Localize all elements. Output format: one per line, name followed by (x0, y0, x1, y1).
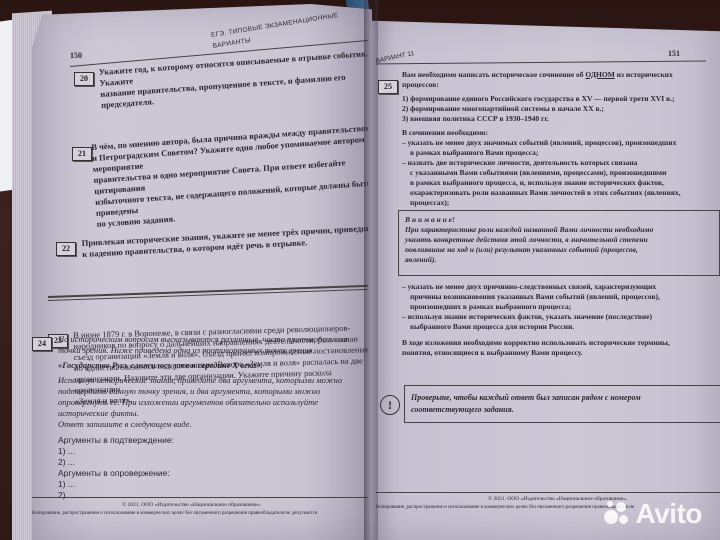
requirements-label: В сочинении необходимо: (402, 128, 712, 138)
text-line: исторические факты. (58, 408, 368, 419)
text-line: Используя исторические знания, приведите… (58, 375, 368, 386)
text-line: процессах); (402, 198, 712, 208)
text-line: опровергнуть её. При изложении аргументо… (58, 397, 368, 408)
text-line: процессов: (402, 80, 712, 90)
text-span: Вам необходимо написать историческое соч… (402, 70, 585, 79)
text-line: в рамках выбранного процесса, и, использ… (402, 178, 712, 188)
running-header: ЕГЭ. ТИПОВЫЕ ЭКЗАМЕНАЦИОННЫЕ ВАРИАНТЫ (210, 5, 371, 52)
book-gutter (364, 0, 378, 540)
task-number-box: 22 (56, 242, 76, 256)
text-line: понятия, относящиеся к выбранному Вами п… (402, 348, 717, 358)
page-number: 151 (668, 48, 680, 59)
text-line: – используя знание исторических фактов, … (402, 312, 717, 322)
text-line: повлиявшие на ход и (или) результат указ… (405, 245, 715, 255)
text-line: – указать не менее двух причинно-следств… (402, 282, 717, 292)
option-item: 2) формирование многопартийной системы в… (402, 104, 712, 114)
text-line: В ходе изложения необходимо корректно ис… (402, 338, 717, 348)
task-24-text: По историческим вопросам высказываются р… (58, 334, 368, 501)
text-line: подтвердить данную точку зрения, и два а… (58, 386, 368, 397)
text-line: При характеристике роли каждой названной… (405, 225, 715, 235)
text-line: причины возникновения указанных Вами соб… (402, 292, 717, 302)
footer-rule (376, 492, 720, 493)
text-line: выбранного Вами процесса для истории Рос… (402, 322, 717, 332)
task-number-box: 21 (72, 147, 92, 161)
text-line: Ответ запишите в следующем виде. (58, 419, 368, 430)
text-line: явлений). (405, 255, 715, 265)
task-21-text: В чём, по мнению автора, была причина вр… (91, 122, 372, 230)
attention-title: В н и м а н и е! (405, 215, 715, 225)
requirements-more: – указать не менее двух причинно-следств… (402, 282, 717, 358)
task-22-text: Привлекая исторические знания, укажите н… (81, 222, 372, 260)
option-item: 3) внешняя политика СССР в 1930–1940 гг. (402, 114, 712, 124)
emphasis: ОДНОМ (585, 70, 614, 79)
text-line: точки зрения. Ниже приведена одна из про… (58, 345, 368, 356)
text-line: охарактеризовать роли названных Вами лич… (402, 188, 712, 198)
task-number-box: 20 (74, 72, 94, 86)
avito-brand: Avito (636, 498, 702, 530)
list-item: 1) ... (58, 446, 368, 457)
text-line: По историческим вопросам высказываются р… (58, 334, 368, 345)
task-20-text: Укажите год, к которому относятся описыв… (98, 48, 370, 111)
attention-box: В н и м а н и е! При характеристике роли… (398, 210, 720, 276)
footer-notice: Копирование, распространение и использов… (376, 504, 634, 511)
support-label: Аргументы в подтверждение: (58, 435, 368, 446)
text-line: – назвать две исторические личности, дея… (402, 158, 712, 168)
right-page: ВАРИАНТ 11 151 25 Вам необходимо написат… (368, 10, 720, 540)
attention-content: В н и м а н и е! При характеристике роли… (405, 215, 715, 265)
text-line: соответствующего задания. (411, 404, 720, 416)
exclamation-icon: ! (380, 395, 400, 415)
footer-copyright: © 2021. ООО «Издательство «Национальное … (122, 502, 261, 509)
text-line: произошедших в рамках выбранного процесс… (402, 302, 717, 312)
check-note-box: Проверьте, чтобы каждый ответ был записа… (404, 385, 720, 423)
text-line: в рамках выбранного Вами процесса; (402, 148, 712, 158)
list-item: 2) ... (58, 457, 368, 468)
task-25-text: Вам необходимо написать историческое соч… (402, 70, 712, 208)
footer-notice: Копирование, распространение и использов… (32, 510, 317, 517)
text-line: указать конкретные действия этой личност… (405, 235, 715, 245)
header-rule (376, 61, 706, 65)
option-item: 1) формирование единого Российского госу… (402, 94, 712, 104)
text-line: Проверьте, чтобы каждый ответ был записа… (411, 392, 720, 404)
text-line: – указать не менее двух значимых событий… (402, 138, 712, 148)
page-number: 150 (70, 50, 82, 61)
avito-watermark: Avito (604, 498, 702, 530)
list-item: 2) ... (58, 490, 368, 501)
task-number-box: 24 (32, 337, 52, 351)
quote: «Государство Русь сложилось уже к середи… (58, 360, 368, 371)
left-page: ЕГЭ. ТИПОВЫЕ ЭКЗАМЕНАЦИОННЫЕ ВАРИАНТЫ 15… (32, 4, 372, 540)
footer-rule (32, 497, 372, 498)
list-item: 1) ... (58, 479, 368, 490)
check-note: Проверьте, чтобы каждый ответ был записа… (411, 392, 720, 416)
task-number-box: 25 (378, 80, 398, 94)
refute-label: Аргументы в опровержение: (58, 468, 368, 479)
task-intro: Вам необходимо написать историческое соч… (402, 70, 712, 80)
text-span: из исторических (615, 70, 673, 79)
text-line: с указанными Вами событиями (явлениями, … (402, 168, 712, 178)
avito-logo-icon (604, 500, 632, 528)
